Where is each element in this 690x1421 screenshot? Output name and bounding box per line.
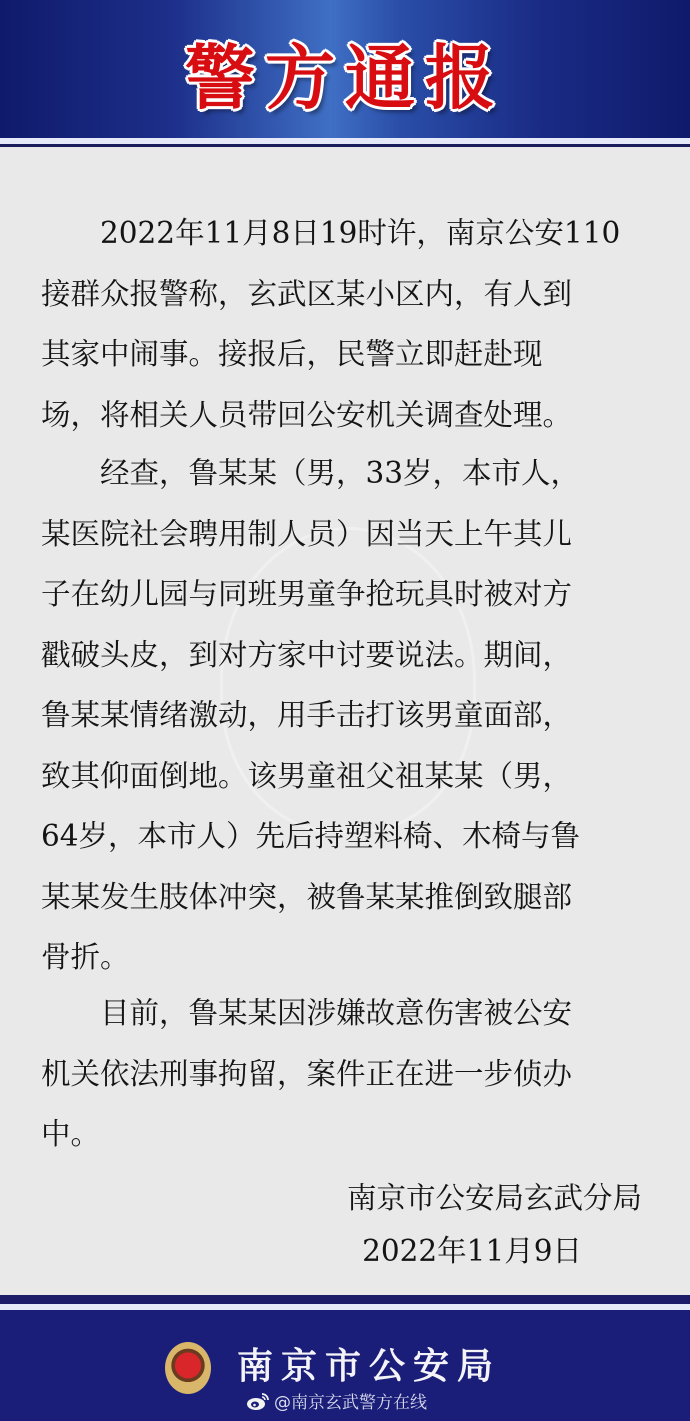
- issue-date: 2022年11月9日: [362, 1228, 582, 1270]
- text-line: 机关依法刑事拘留，案件正在进一步侦办: [41, 1044, 653, 1105]
- text-line: 目前，鲁某某因涉嫌故意伤害被公安: [41, 983, 653, 1044]
- footer-divider-dark: [0, 1295, 690, 1304]
- text-line: 经查，鲁某某（男，33岁，本市人，: [41, 443, 653, 504]
- text-line: 骨折。: [41, 927, 653, 988]
- text-line: 2022年11月8日19时许，南京公安110: [41, 203, 653, 264]
- paragraph-3: 目前，鲁某某因涉嫌故意伤害被公安 机关依法刑事拘留，案件正在进一步侦办 中。: [41, 983, 653, 1165]
- text-line: 场，将相关人员带回公安机关调查处理。: [41, 385, 653, 446]
- weibo-attribution: @南京玄武警方在线: [246, 1388, 427, 1413]
- text-line: 某某发生肢体冲突，被鲁某某推倒致腿部: [41, 867, 653, 928]
- header-banner: 警方通报: [0, 0, 690, 138]
- text-line: 鲁某某情绪激动，用手击打该男童面部，: [41, 685, 653, 746]
- text-line: 某医院社会聘用制人员）因当天上午其儿: [41, 504, 653, 565]
- text-line: 致其仰面倒地。该男童祖父祖某某（男，: [41, 746, 653, 807]
- text-line: 接群众报警称，玄武区某小区内，有人到: [41, 264, 653, 325]
- text-line: 戳破头皮，到对方家中讨要说法。期间，: [41, 625, 653, 686]
- issuer-name: 南京市公安局玄武分局: [347, 1175, 642, 1217]
- text-line: 64岁，本市人）先后持塑料椅、木椅与鲁: [41, 806, 653, 867]
- paragraph-1: 2022年11月8日19时许，南京公安110 接群众报警称，玄武区某小区内，有人…: [41, 203, 653, 445]
- weibo-icon: [246, 1391, 270, 1411]
- police-emblem-icon: [165, 1342, 211, 1394]
- text-line: 中。: [41, 1104, 653, 1165]
- footer-organization: 南京市公安局: [237, 1338, 501, 1389]
- paragraph-2: 经查，鲁某某（男，33岁，本市人， 某医院社会聘用制人员）因当天上午其儿 子在幼…: [41, 443, 653, 988]
- text-line: 子在幼儿园与同班男童争抢玩具时被对方: [41, 564, 653, 625]
- text-line: 其家中闹事。接报后，民警立即赶赴现: [41, 324, 653, 385]
- weibo-handle: @南京玄武警方在线: [274, 1388, 427, 1413]
- page-title: 警方通报: [0, 22, 690, 123]
